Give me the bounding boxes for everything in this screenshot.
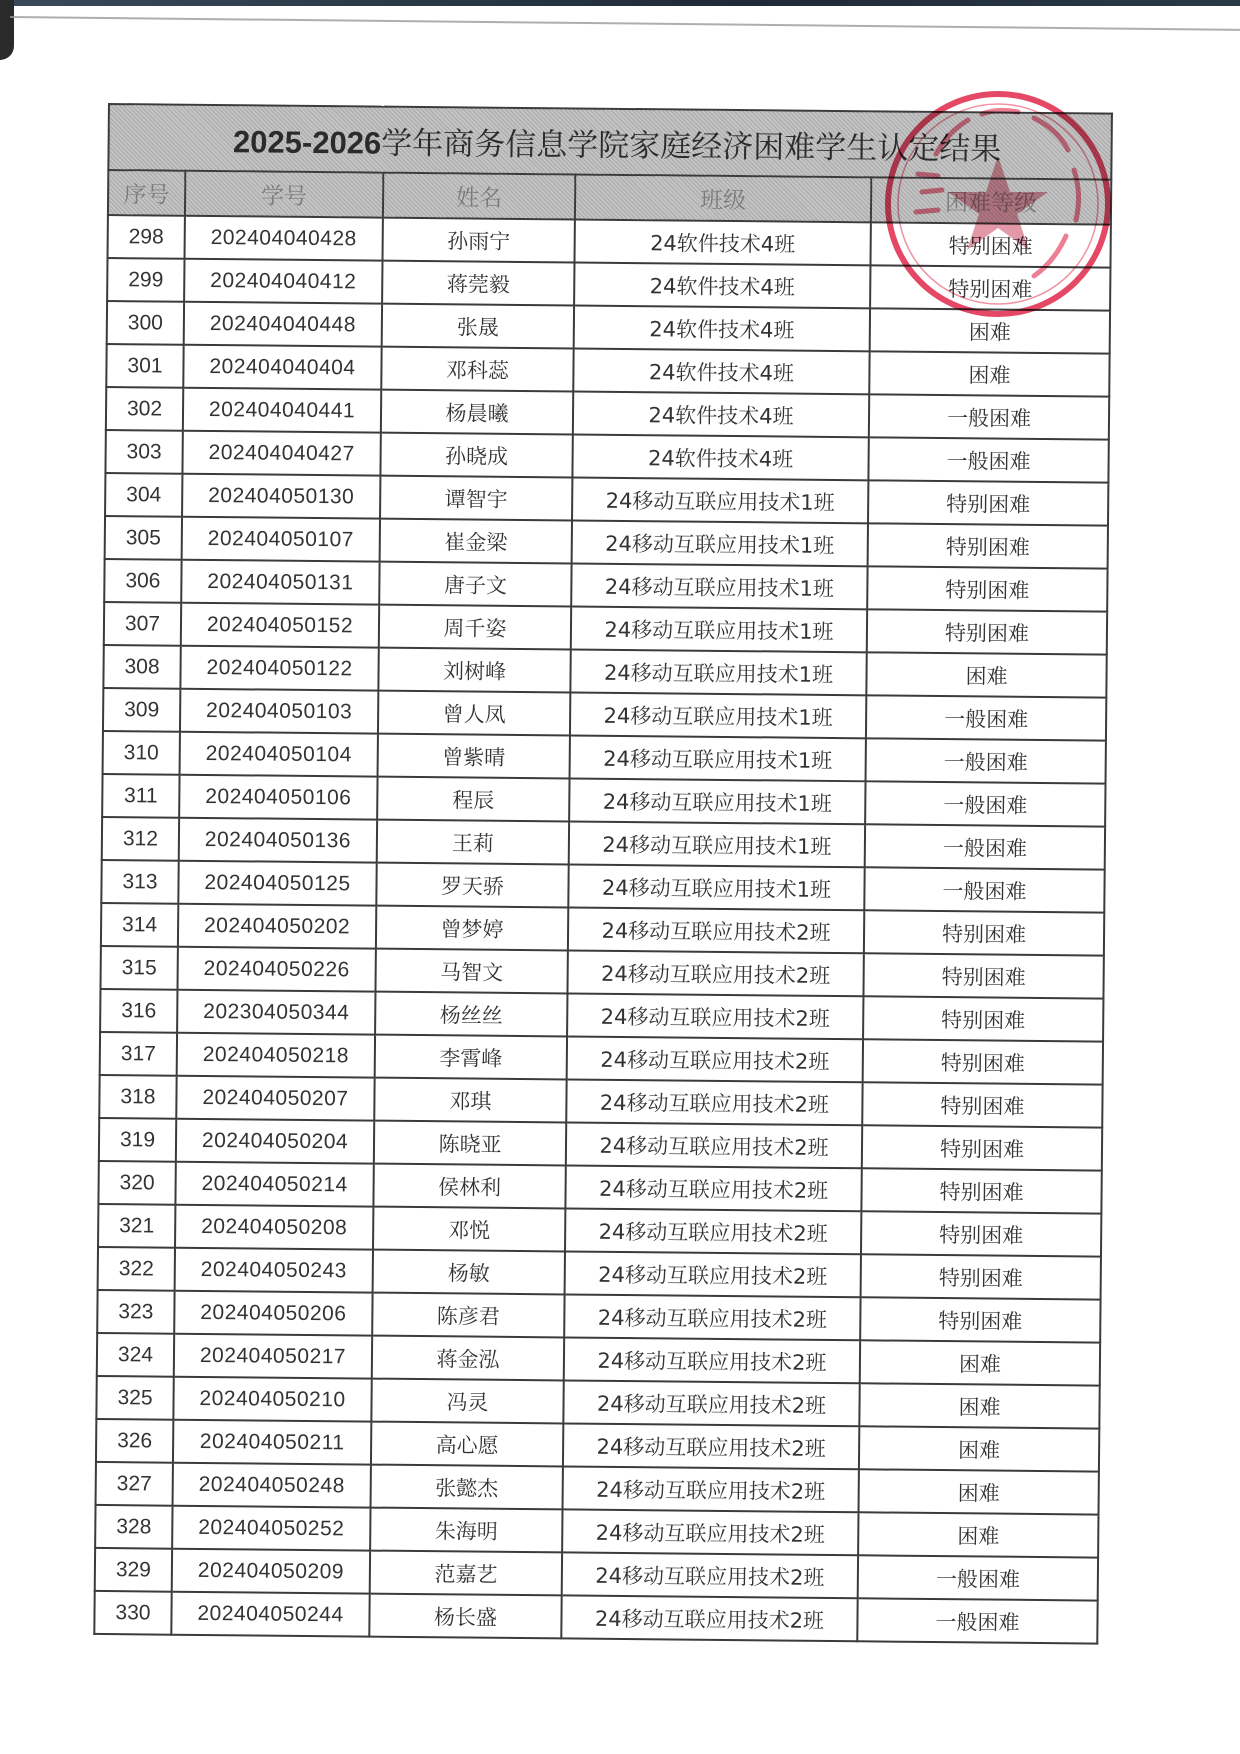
level-cell: 一般困难 <box>864 867 1104 912</box>
student-id-cell: 202404050244 <box>171 1592 369 1637</box>
level-cell: 特别困难 <box>862 1082 1102 1127</box>
student-id-cell: 202404050252 <box>172 1506 370 1551</box>
name-cell: 王莉 <box>377 820 569 865</box>
name-cell: 杨晨曦 <box>381 390 573 435</box>
student-id-cell: 202404050136 <box>179 818 377 863</box>
result-sheet: 2025-2026学年商务信息学院家庭经济困难学生认定结果 序号 学号 姓名 班… <box>93 103 1111 1645</box>
seq-cell: 319 <box>99 1118 176 1162</box>
level-cell: 一般困难 <box>857 1598 1097 1643</box>
student-id-cell: 202404050122 <box>180 646 378 691</box>
class-cell: 24移动互联应用技术2班 <box>566 1122 862 1168</box>
name-cell: 孙晓成 <box>380 433 572 478</box>
results-table: 2025-2026学年商务信息学院家庭经济困难学生认定结果 序号 学号 姓名 班… <box>93 103 1113 1645</box>
table-body: 298202404040428孙雨宁24软件技术4班特别困难2992024040… <box>94 215 1111 1644</box>
class-cell: 24移动互联应用技术1班 <box>570 735 866 781</box>
col-header-class: 班级 <box>575 174 871 222</box>
class-cell: 24移动互联应用技术2班 <box>567 993 863 1039</box>
name-cell: 周千姿 <box>379 605 571 650</box>
name-cell: 范嘉艺 <box>370 1551 562 1596</box>
class-cell: 24移动互联应用技术2班 <box>563 1466 859 1512</box>
class-cell: 24移动互联应用技术2班 <box>565 1165 861 1211</box>
title-text: 学年商务信息学院家庭经济困难学生认定结果 <box>381 125 1001 167</box>
col-header-seq: 序号 <box>108 170 185 216</box>
seq-cell: 323 <box>97 1290 174 1334</box>
class-cell: 24移动互联应用技术2班 <box>564 1294 860 1340</box>
seq-cell: 315 <box>100 946 177 990</box>
class-cell: 24移动互联应用技术1班 <box>572 520 868 566</box>
level-cell: 困难 <box>866 652 1106 697</box>
name-cell: 程辰 <box>377 777 569 822</box>
class-cell: 24移动互联应用技术1班 <box>569 778 865 824</box>
seq-cell: 330 <box>94 1591 171 1635</box>
seq-cell: 308 <box>103 645 180 689</box>
student-id-cell: 202404050103 <box>180 689 378 734</box>
seq-cell: 302 <box>106 387 183 431</box>
level-cell: 困难 <box>859 1426 1099 1471</box>
student-id-cell: 202404050243 <box>175 1248 373 1293</box>
class-cell: 24移动互联应用技术2班 <box>564 1337 860 1383</box>
name-cell: 邓琪 <box>374 1078 566 1123</box>
class-cell: 24移动互联应用技术2班 <box>562 1509 858 1555</box>
seq-cell: 314 <box>101 903 178 947</box>
level-cell: 特别困难 <box>863 953 1103 998</box>
level-cell: 特别困难 <box>861 1211 1101 1256</box>
level-cell: 特别困难 <box>863 1039 1103 1084</box>
class-cell: 24移动互联应用技术2班 <box>562 1552 858 1598</box>
class-cell: 24移动互联应用技术1班 <box>570 692 866 738</box>
seq-cell: 322 <box>98 1247 175 1291</box>
scan-edge <box>0 0 1240 6</box>
seq-cell: 305 <box>105 516 182 560</box>
student-id-cell: 202404050209 <box>172 1549 370 1594</box>
name-cell: 张晟 <box>382 304 574 349</box>
seq-cell: 310 <box>103 731 180 775</box>
seq-cell: 303 <box>105 430 182 474</box>
seq-cell: 327 <box>96 1462 173 1506</box>
name-cell: 朱海明 <box>370 1508 562 1553</box>
student-id-cell: 202404040441 <box>183 388 381 433</box>
level-cell: 特别困难 <box>870 265 1110 310</box>
student-id-cell: 202404050226 <box>177 947 375 992</box>
level-cell: 一般困难 <box>868 437 1108 482</box>
class-cell: 24移动互联应用技术2班 <box>565 1251 861 1297</box>
seq-cell: 306 <box>104 559 181 603</box>
seq-cell: 307 <box>104 602 181 646</box>
col-header-level: 困难等级 <box>871 177 1111 224</box>
seq-cell: 329 <box>95 1548 172 1592</box>
seq-cell: 325 <box>96 1376 173 1420</box>
seq-cell: 328 <box>95 1505 172 1549</box>
student-id-cell: 202404050206 <box>174 1291 372 1336</box>
student-id-cell: 202404050248 <box>173 1463 371 1508</box>
level-cell: 困难 <box>859 1383 1099 1428</box>
student-id-cell: 202404040448 <box>184 302 382 347</box>
seq-cell: 298 <box>108 215 185 259</box>
level-cell: 困难 <box>870 308 1110 353</box>
student-id-cell: 202404050104 <box>180 732 378 777</box>
name-cell: 罗天骄 <box>376 863 568 908</box>
level-cell: 特别困难 <box>860 1297 1100 1342</box>
level-cell: 特别困难 <box>867 566 1107 611</box>
level-cell: 困难 <box>858 1512 1098 1557</box>
name-cell: 蒋金泓 <box>372 1336 564 1381</box>
seq-cell: 309 <box>103 688 180 732</box>
level-cell: 一般困难 <box>865 781 1105 826</box>
name-cell: 曾梦婷 <box>376 906 568 951</box>
student-id-cell: 202404040428 <box>185 216 383 261</box>
class-cell: 24移动互联应用技术2班 <box>567 1036 863 1082</box>
title-year: 2025-2026 <box>233 124 382 160</box>
seq-cell: 316 <box>100 989 177 1033</box>
seq-cell: 320 <box>98 1161 175 1205</box>
class-cell: 24移动互联应用技术1班 <box>571 606 867 652</box>
name-cell: 曾人凤 <box>378 691 570 736</box>
level-cell: 一般困难 <box>858 1555 1098 1600</box>
name-cell: 邓科蕊 <box>381 347 573 392</box>
seq-cell: 304 <box>105 473 182 517</box>
level-cell: 一般困难 <box>869 394 1109 439</box>
student-id-cell: 202404050217 <box>174 1334 372 1379</box>
seq-cell: 301 <box>106 344 183 388</box>
name-cell: 唐子文 <box>379 562 571 607</box>
name-cell: 刘树峰 <box>378 648 570 693</box>
student-id-cell: 202404040412 <box>184 259 382 304</box>
seq-cell: 324 <box>97 1333 174 1377</box>
class-cell: 24移动互联应用技术2班 <box>568 907 864 953</box>
name-cell: 冯灵 <box>371 1379 563 1424</box>
seq-cell: 299 <box>107 258 184 302</box>
student-id-cell: 202404050107 <box>182 517 380 562</box>
seq-cell: 321 <box>98 1204 175 1248</box>
student-id-cell: 202404050106 <box>179 775 377 820</box>
level-cell: 一般困难 <box>866 738 1106 783</box>
student-id-cell: 202404050130 <box>182 474 380 519</box>
class-cell: 24软件技术4班 <box>573 348 869 394</box>
level-cell: 困难 <box>869 351 1109 396</box>
class-cell: 24移动互联应用技术2班 <box>563 1423 859 1469</box>
student-id-cell: 202404050214 <box>175 1162 373 1207</box>
student-id-cell: 202404050207 <box>176 1076 374 1121</box>
seq-cell: 300 <box>107 301 184 345</box>
student-id-cell: 202404050218 <box>177 1033 375 1078</box>
class-cell: 24移动互联应用技术2班 <box>561 1595 857 1641</box>
level-cell: 特别困难 <box>862 1125 1102 1170</box>
student-id-cell: 202404050152 <box>181 603 379 648</box>
name-cell: 蒋莞毅 <box>382 261 574 306</box>
scan-corner <box>0 0 14 60</box>
class-cell: 24移动互联应用技术1班 <box>568 864 864 910</box>
level-cell: 特别困难 <box>867 609 1107 654</box>
name-cell: 杨丝丝 <box>375 992 567 1037</box>
name-cell: 杨敏 <box>373 1250 565 1295</box>
student-id-cell: 202404050211 <box>173 1420 371 1465</box>
name-cell: 曾紫晴 <box>378 734 570 779</box>
level-cell: 特别困难 <box>870 222 1110 267</box>
class-cell: 24移动互联应用技术1班 <box>571 563 867 609</box>
class-cell: 24软件技术4班 <box>574 262 870 308</box>
seq-cell: 313 <box>101 860 178 904</box>
level-cell: 特别困难 <box>861 1254 1101 1299</box>
name-cell: 谭智宇 <box>380 476 572 521</box>
level-cell: 特别困难 <box>868 480 1108 525</box>
name-cell: 陈彦君 <box>372 1293 564 1338</box>
student-id-cell: 202404050131 <box>181 560 379 605</box>
class-cell: 24移动互联应用技术1班 <box>572 477 868 523</box>
table-row: 330202404050244杨长盛24移动互联应用技术2班一般困难 <box>94 1591 1097 1644</box>
name-cell: 邓悦 <box>373 1207 565 1252</box>
name-cell: 高心愿 <box>371 1422 563 1467</box>
student-id-cell: 202404050204 <box>176 1119 374 1164</box>
level-cell: 困难 <box>860 1340 1100 1385</box>
level-cell: 一般困难 <box>865 824 1105 869</box>
level-cell: 一般困难 <box>866 695 1106 740</box>
seq-cell: 317 <box>100 1032 177 1076</box>
scan-fold-line <box>10 16 1240 31</box>
student-id-cell: 202404040404 <box>183 345 381 390</box>
class-cell: 24软件技术4班 <box>574 219 870 265</box>
seq-cell: 312 <box>102 817 179 861</box>
class-cell: 24软件技术4班 <box>573 391 869 437</box>
student-id-cell: 202304050344 <box>177 990 375 1035</box>
student-id-cell: 202404050210 <box>173 1377 371 1422</box>
level-cell: 困难 <box>859 1469 1099 1514</box>
col-header-name: 姓名 <box>383 173 575 220</box>
level-cell: 特别困难 <box>868 523 1108 568</box>
name-cell: 马智文 <box>375 949 567 994</box>
name-cell: 杨长盛 <box>369 1594 561 1639</box>
level-cell: 特别困难 <box>861 1168 1101 1213</box>
level-cell: 特别困难 <box>863 996 1103 1041</box>
class-cell: 24软件技术4班 <box>574 305 870 351</box>
name-cell: 崔金梁 <box>380 519 572 564</box>
level-cell: 特别困难 <box>864 910 1104 955</box>
class-cell: 24移动互联应用技术1班 <box>570 649 866 695</box>
student-id-cell: 202404050202 <box>178 904 376 949</box>
class-cell: 24移动互联应用技术2班 <box>563 1380 859 1426</box>
seq-cell: 326 <box>96 1419 173 1463</box>
seq-cell: 318 <box>99 1075 176 1119</box>
col-header-student-id: 学号 <box>185 171 383 218</box>
name-cell: 孙雨宁 <box>382 218 574 263</box>
seq-cell: 311 <box>102 774 179 818</box>
name-cell: 李霄峰 <box>375 1035 567 1080</box>
class-cell: 24移动互联应用技术1班 <box>569 821 865 867</box>
student-id-cell: 202404050208 <box>175 1205 373 1250</box>
class-cell: 24移动互联应用技术2班 <box>566 1079 862 1125</box>
name-cell: 陈晓亚 <box>374 1121 566 1166</box>
name-cell: 侯林利 <box>373 1164 565 1209</box>
name-cell: 张懿杰 <box>371 1465 563 1510</box>
student-id-cell: 202404040427 <box>182 431 380 476</box>
document-title: 2025-2026学年商务信息学院家庭经济困难学生认定结果 <box>108 104 1112 180</box>
student-id-cell: 202404050125 <box>178 861 376 906</box>
class-cell: 24移动互联应用技术2班 <box>565 1208 861 1254</box>
class-cell: 24软件技术4班 <box>572 434 868 480</box>
class-cell: 24移动互联应用技术2班 <box>567 950 863 996</box>
